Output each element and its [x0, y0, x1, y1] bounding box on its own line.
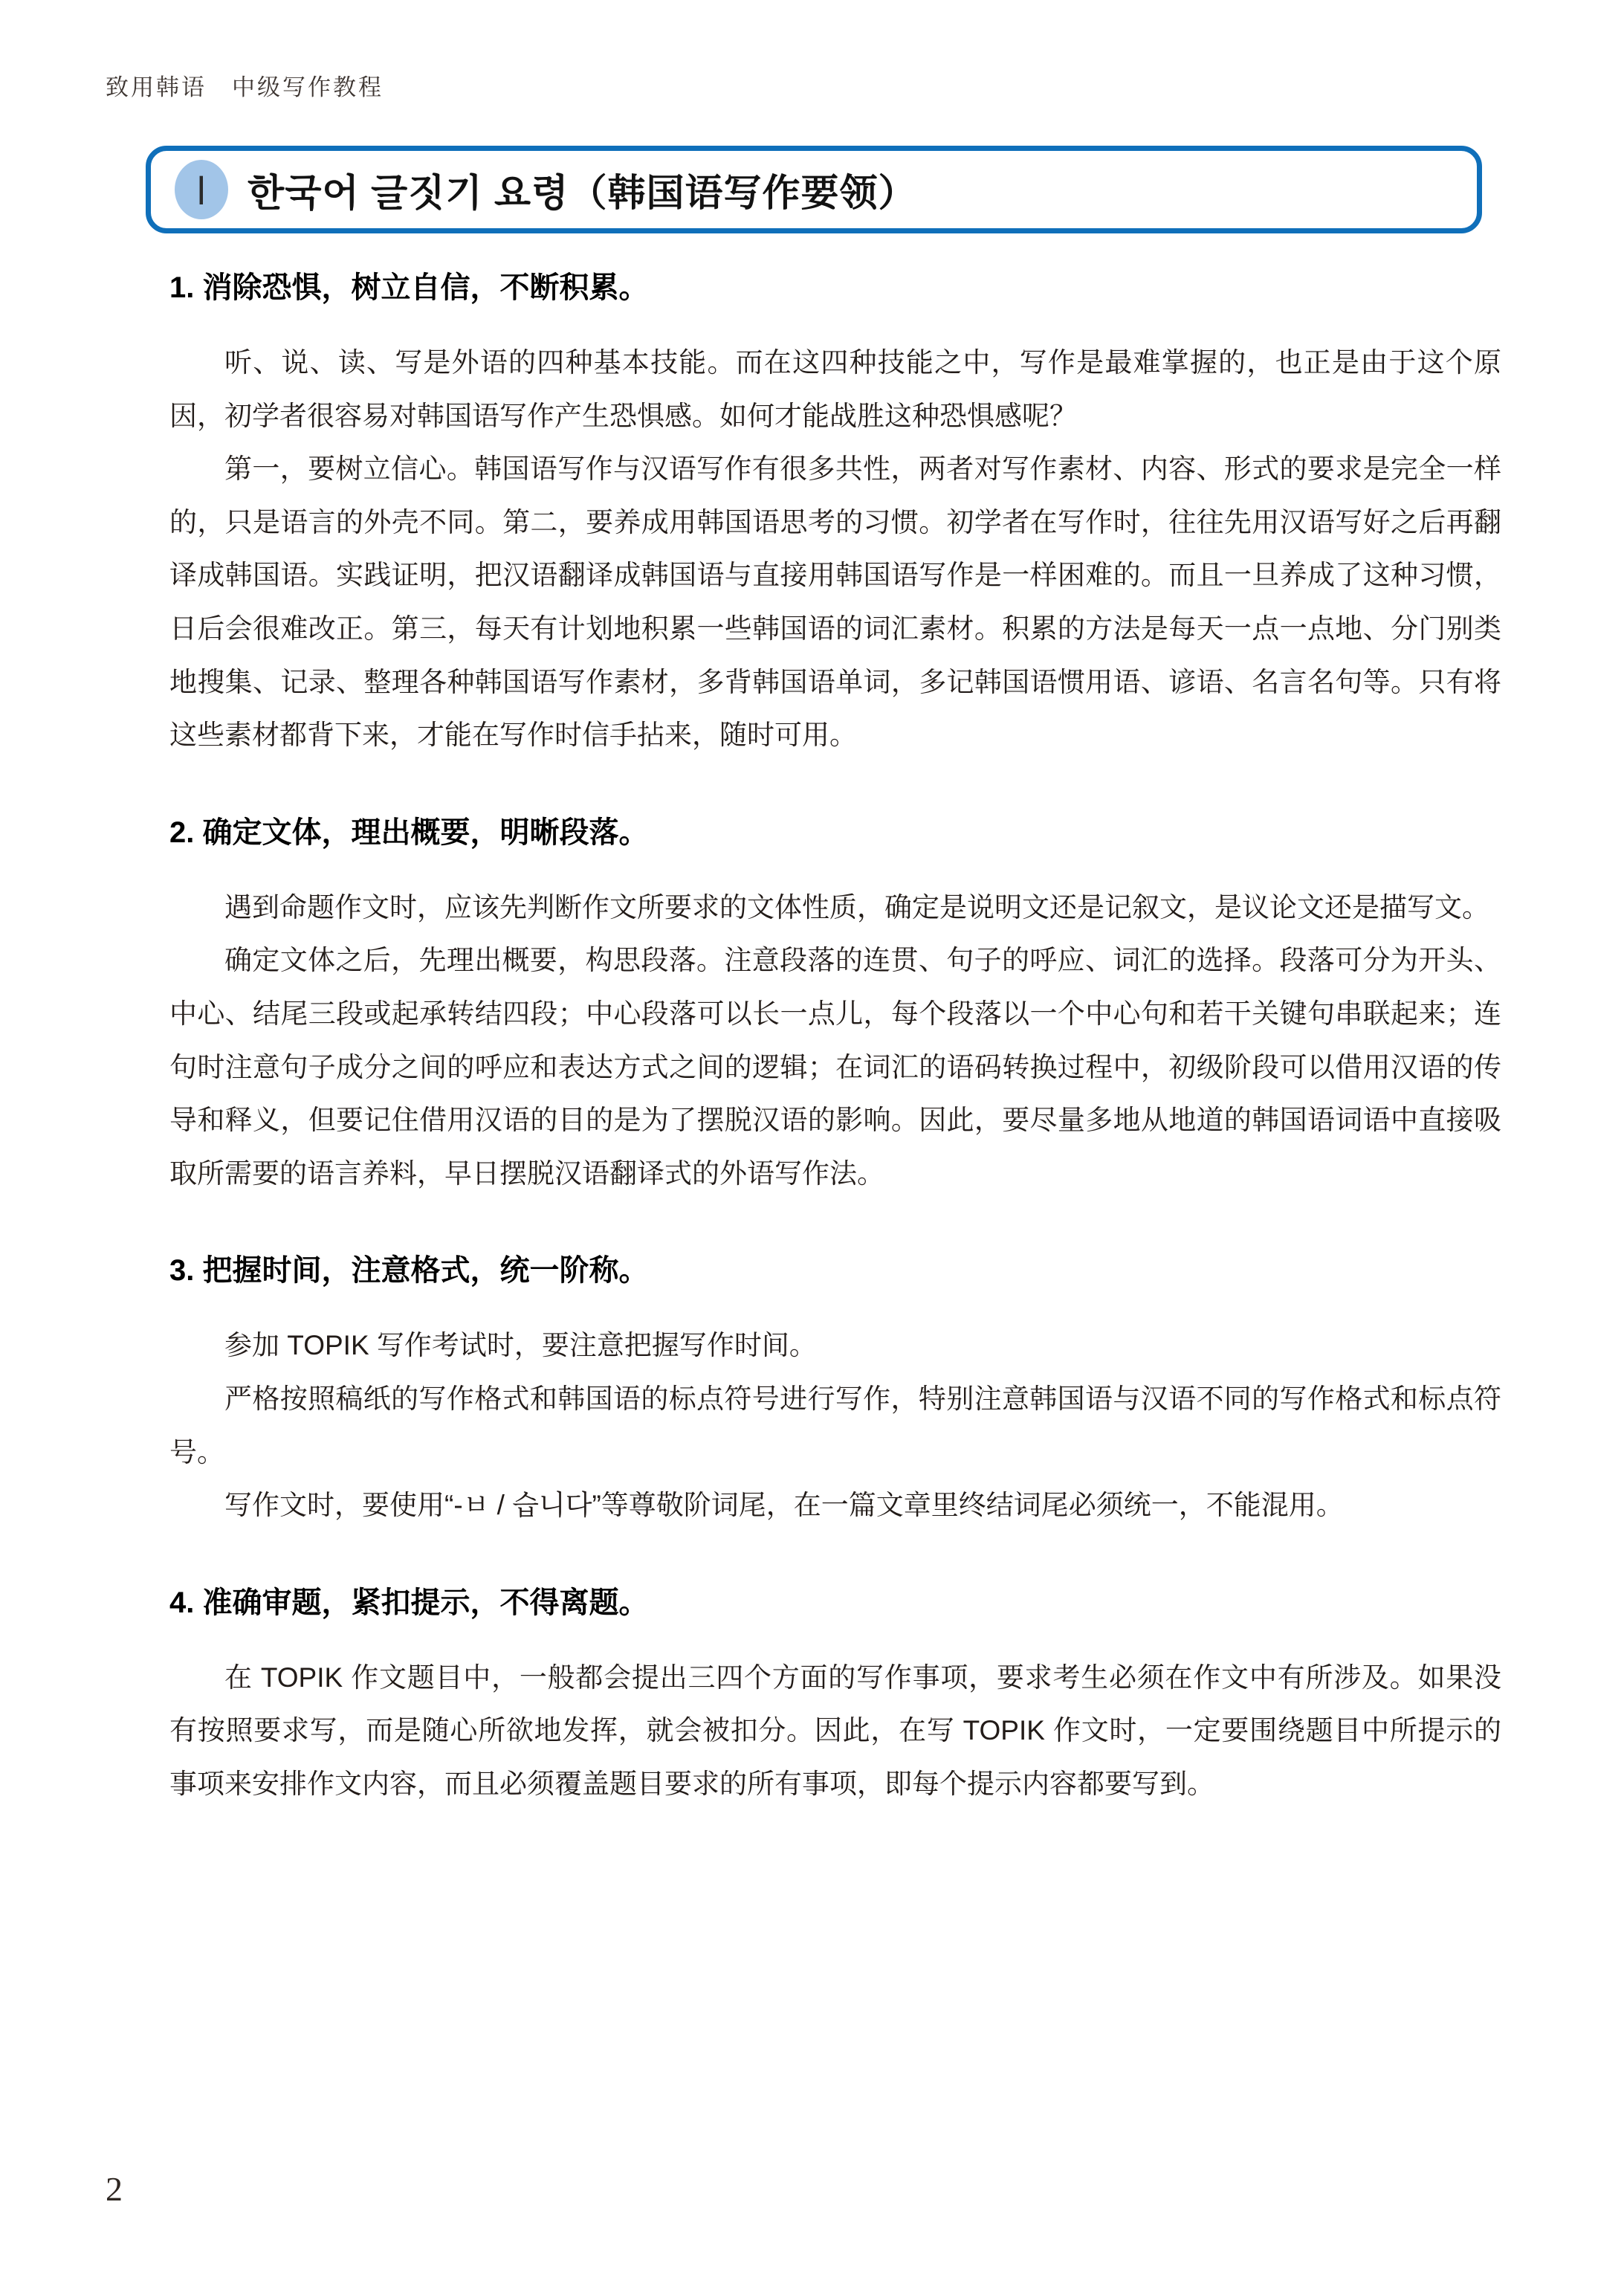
section-1-paragraph-1: 听、说、读、写是外语的四种基本技能。而在这四种技能之中，写作是最难掌握的，也正是…	[169, 336, 1501, 442]
chapter-numeral-badge: I	[175, 160, 228, 219]
section-1-paragraph-2: 第一，要树立信心。韩国语写作与汉语写作有很多共性，两者对写作素材、内容、形式的要…	[169, 442, 1501, 762]
section-4-heading: 4. 准确审题，紧扣提示，不得离题。	[169, 1584, 1501, 1621]
section-1-heading: 1. 消除恐惧，树立自信，不断积累。	[169, 269, 1501, 306]
running-head: 致用韩语 中级写作教程	[106, 68, 384, 102]
section-3-paragraph-3: 写作文时，要使用“-ㅂ / 습니다”等尊敬阶词尾，在一篇文章里终结词尾必须统一，…	[169, 1479, 1501, 1532]
section-1: 1. 消除恐惧，树立自信，不断积累。 听、说、读、写是外语的四种基本技能。而在这…	[169, 269, 1501, 762]
section-4-paragraph-1: 在 TOPIK 作文题目中，一般都会提出三四个方面的写作事项，要求考生必须在作文…	[169, 1651, 1501, 1811]
section-3-paragraph-1: 参加 TOPIK 写作考试时，要注意把握写作时间。	[169, 1319, 1501, 1372]
chapter-title-box: I 한국어 글짓기 요령（韩国语写作要领）	[146, 146, 1482, 233]
section-2-heading: 2. 确定文体，理出概要，明晰段落。	[169, 814, 1501, 851]
section-3-paragraph-2: 严格按照稿纸的写作格式和韩国语的标点符号进行写作，特别注意韩国语与汉语不同的写作…	[169, 1372, 1501, 1479]
section-2-paragraph-2: 确定文体之后，先理出概要，构思段落。注意段落的连贯、句子的呼应、词汇的选择。段落…	[169, 934, 1501, 1200]
section-2: 2. 确定文体，理出概要，明晰段落。 遇到命题作文时，应该先判断作文所要求的文体…	[169, 814, 1501, 1201]
section-3: 3. 把握时间，注意格式，统一阶称。 参加 TOPIK 写作考试时，要注意把握写…	[169, 1252, 1501, 1531]
page-number: 2	[106, 2169, 123, 2209]
section-4: 4. 准确审题，紧扣提示，不得离题。 在 TOPIK 作文题目中，一般都会提出三…	[169, 1584, 1501, 1811]
chapter-title: 한국어 글짓기 요령（韩国语写作要领）	[248, 162, 916, 217]
book-page: 致用韩语 中级写作教程 I 한국어 글짓기 요령（韩国语写作要领） 1. 消除恐…	[0, 0, 1624, 2283]
chapter-numeral: I	[198, 166, 205, 214]
section-2-paragraph-1: 遇到命题作文时，应该先判断作文所要求的文体性质，确定是说明文还是记叙文，是议论文…	[169, 881, 1501, 934]
page-content: 1. 消除恐惧，树立自信，不断积累。 听、说、读、写是外语的四种基本技能。而在这…	[169, 262, 1501, 1810]
section-3-heading: 3. 把握时间，注意格式，统一阶称。	[169, 1252, 1501, 1289]
